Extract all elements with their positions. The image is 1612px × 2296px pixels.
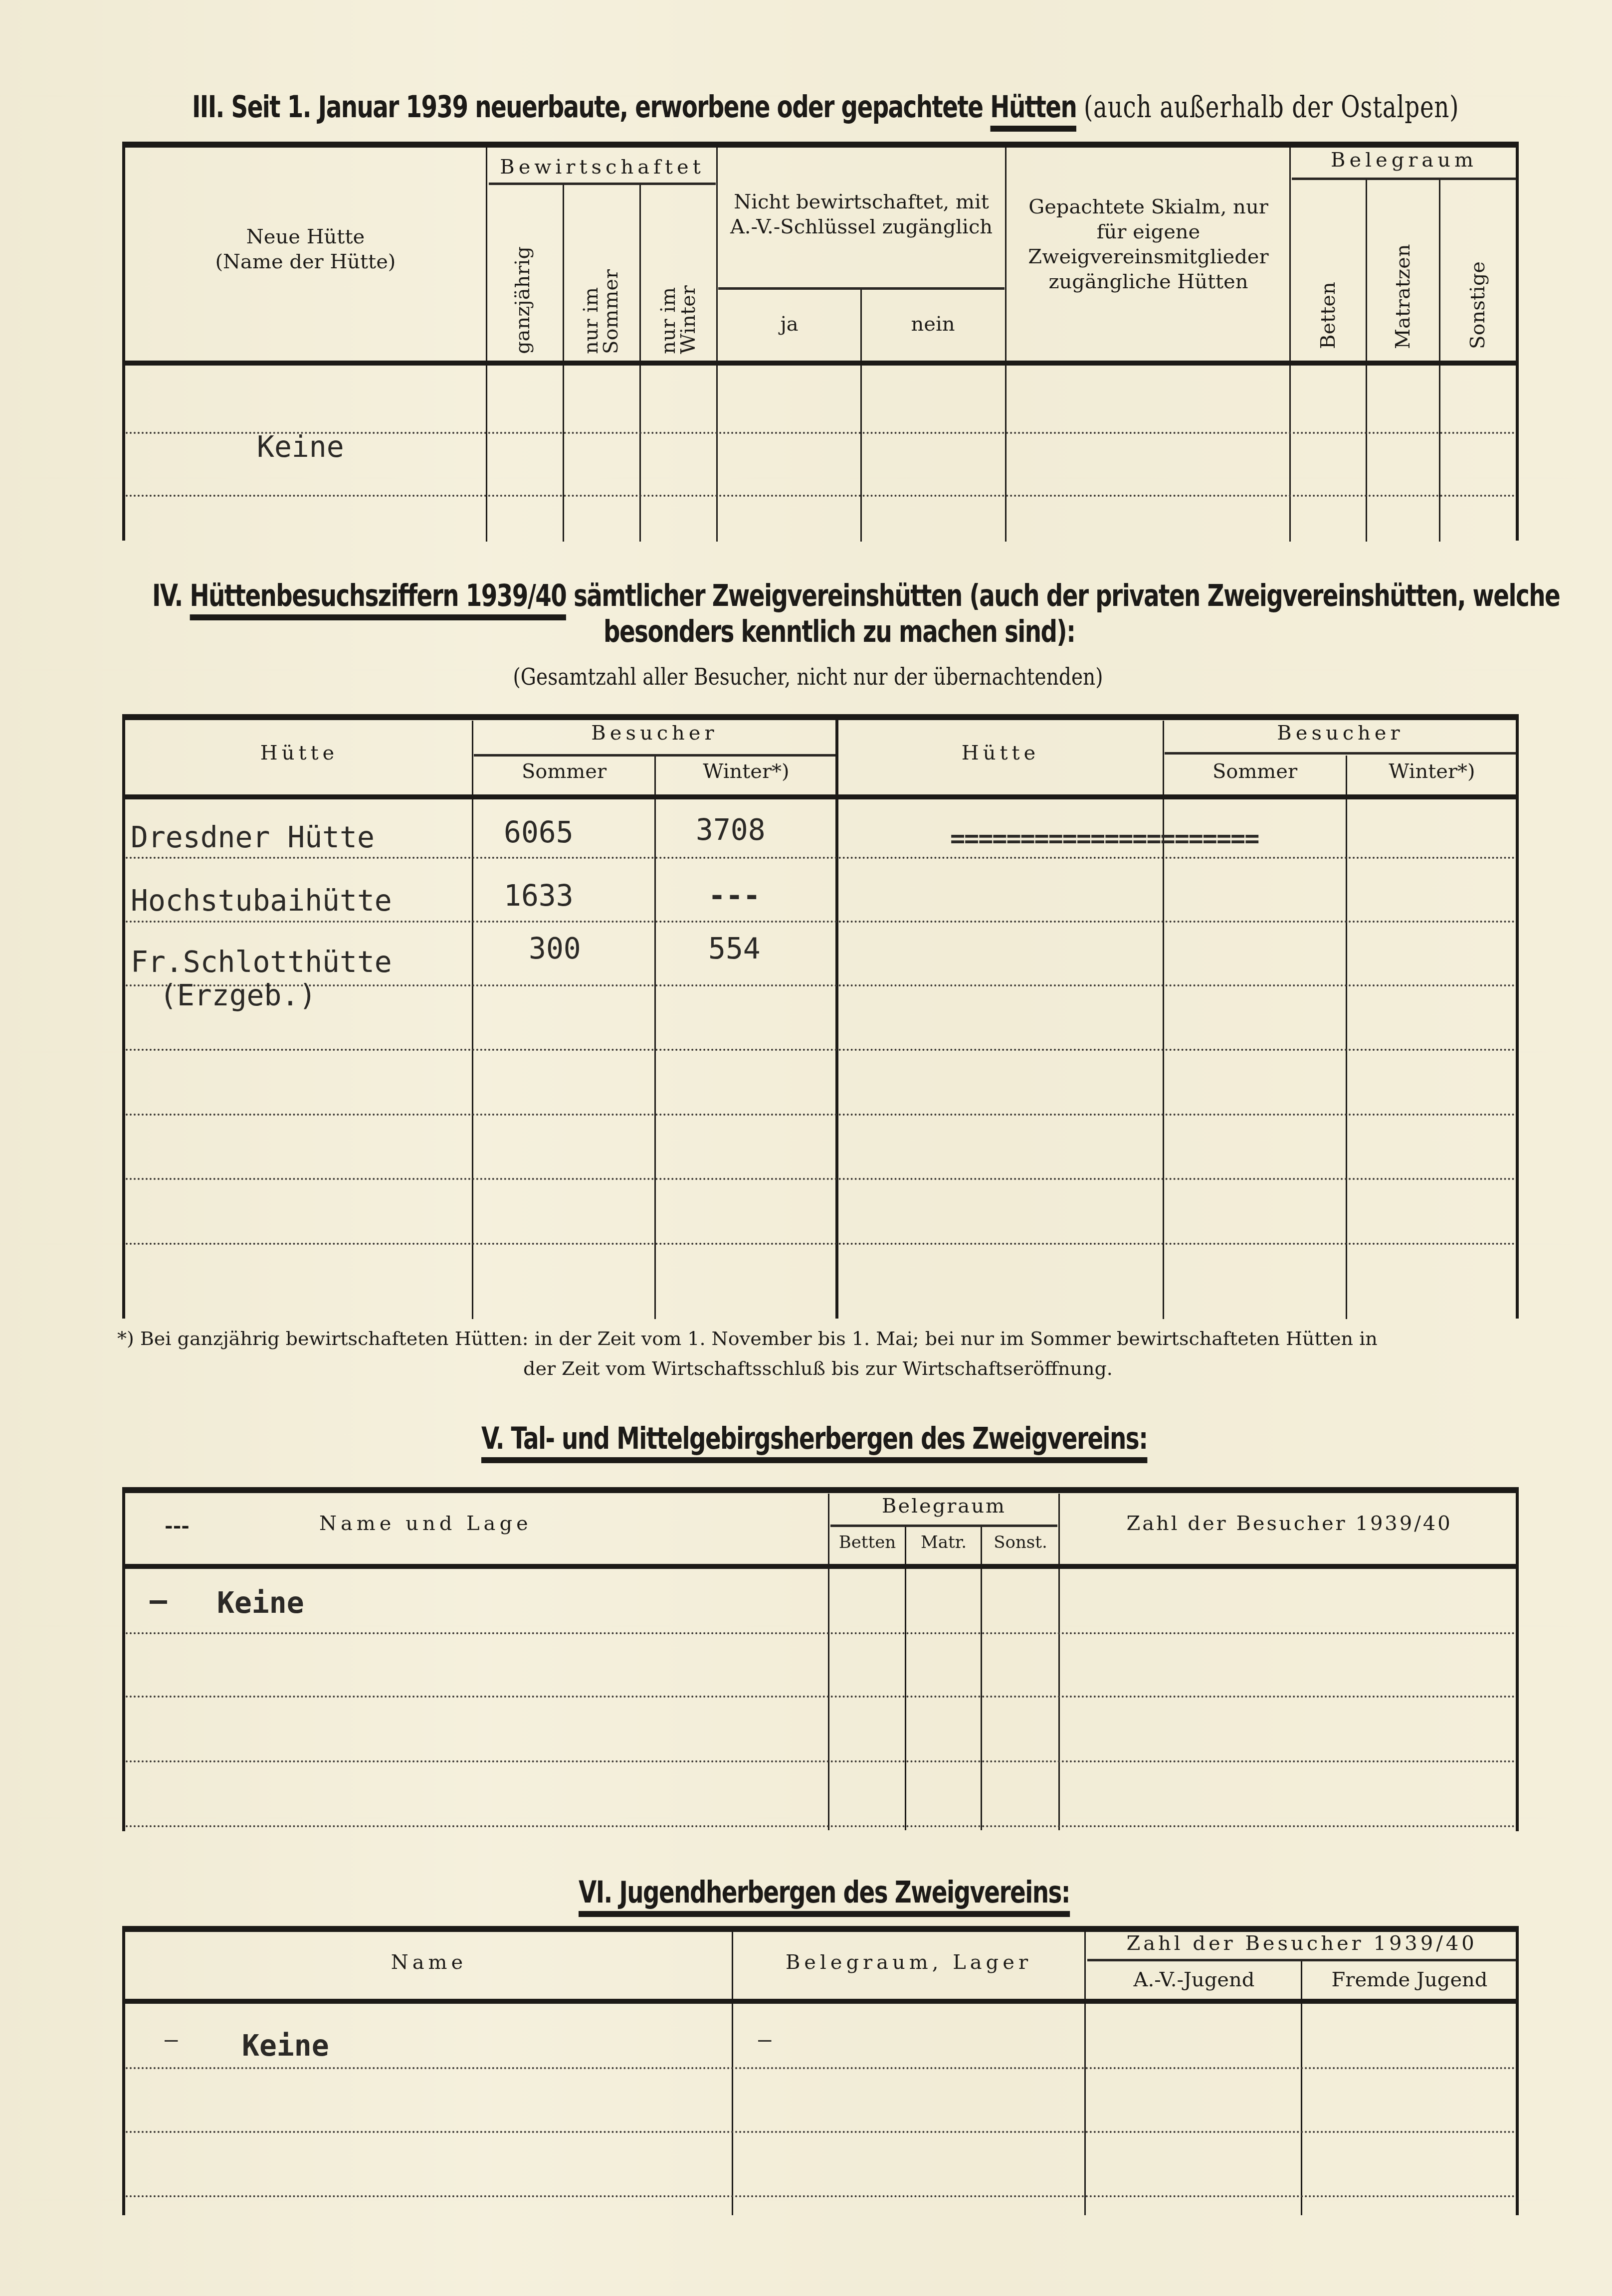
col-header-huette-right: Hütte — [839, 741, 1162, 765]
header-bottom-rule — [122, 361, 1519, 366]
group-rule — [1292, 178, 1516, 180]
footnote-line1: *) Bei ganzjährig bewirtschafteten Hütte… — [117, 1328, 1519, 1349]
header-bottom-rule — [122, 1999, 1519, 2004]
header-text: Zweigvereinsmitglieder — [1007, 244, 1289, 269]
section-5-heading: V. Tal- und Mittelgebirgsherbergen des Z… — [481, 1421, 1147, 1456]
entry-keine: Keine — [217, 1586, 304, 1620]
header-text: A.-V.-Schlüssel zugänglich — [718, 214, 1005, 239]
col-header-name: Name — [127, 1950, 731, 1975]
entry-belegraum-dash: – — [758, 2027, 772, 2053]
group-rule — [1087, 1959, 1516, 1961]
visitors-winter: --- — [708, 879, 761, 913]
table-left-border — [122, 714, 125, 1319]
table-middle-border — [835, 718, 838, 1319]
row-separator — [126, 1049, 1516, 1051]
hut-name: Dresdner Hütte — [131, 820, 375, 854]
row-separator — [126, 1696, 1516, 1698]
col-header-sommer-left: Sommer — [474, 759, 654, 784]
header-text: (Name der Hütte) — [127, 249, 484, 274]
col-divider — [905, 1526, 906, 1830]
col-divider — [981, 1526, 982, 1830]
table-left-border — [122, 1926, 125, 2215]
right-column-strikeout: ====================== — [950, 824, 1258, 853]
row-separator — [126, 495, 1516, 497]
col-divider — [1346, 756, 1347, 1319]
col-header-nur-winter: nur im Winter — [658, 224, 698, 354]
row-separator — [126, 1243, 1516, 1245]
group-rule — [474, 754, 835, 757]
col-header-besucher: Zahl der Besucher 1939/40 — [1062, 1511, 1516, 1536]
entry-keine: Keine — [257, 430, 344, 464]
group-header-belegraum: Belegraum — [830, 1494, 1057, 1519]
section-number: IV. — [152, 578, 183, 613]
section-title: sämtlicher Zweigvereinshütten (auch der … — [574, 578, 1560, 613]
hut-name-line2: (Erzgeb.) — [160, 978, 316, 1012]
table-left-border — [122, 142, 125, 541]
col-divider — [1301, 1961, 1302, 2215]
group-header-belegraum: Belegraum — [1292, 148, 1516, 173]
section-3-heading: III. Seit 1. Januar 1939 neuerbaute, erw… — [192, 90, 1459, 125]
col-header-winter-left: Winter*) — [656, 759, 836, 784]
col-divider — [732, 1931, 733, 2215]
col-divider — [486, 148, 487, 542]
visitors-winter: 3708 — [696, 813, 766, 847]
col-header-huette-left: Hütte — [127, 741, 471, 765]
col-divider — [1084, 1931, 1086, 2215]
footnote-line2: der Zeit vom Wirtschaftsschluß bis zur W… — [117, 1357, 1519, 1379]
entry-dash: – — [150, 1583, 167, 1617]
row-separator — [126, 984, 1516, 986]
group-header-bewirtschaftet: Bewirtschaftet — [489, 155, 716, 180]
section-title-underlined: Hütten — [990, 90, 1076, 132]
col-header-matr: Matr. — [907, 1532, 981, 1553]
header-bottom-rule — [122, 1564, 1519, 1569]
col-header-sonst: Sonst. — [983, 1532, 1058, 1553]
col-header-ja: ja — [718, 312, 860, 337]
group-header-besucher-right: Besucher — [1165, 721, 1516, 746]
col-divider — [639, 185, 641, 542]
table-right-border — [1516, 142, 1519, 541]
table-right-border — [1516, 714, 1519, 1319]
hut-name: Fr.Schlotthütte — [131, 945, 392, 979]
header-text: für eigene — [1007, 219, 1289, 244]
col-divider — [654, 756, 656, 1319]
section-4-subtitle: (Gesamtzahl aller Besucher, nicht nur de… — [426, 663, 1190, 690]
visitors-winter: 554 — [708, 932, 761, 965]
col-divider — [1439, 180, 1440, 542]
row-separator — [126, 857, 1516, 859]
col-header-betten: Betten — [830, 1532, 905, 1553]
col-header-sonstige: Sonstige — [1466, 261, 1489, 349]
col-header-fremde-jugend: Fremde Jugend — [1303, 1967, 1516, 1992]
section-6-heading: VI. Jugendherbergen des Zweigvereins: — [579, 1875, 1070, 1910]
row-separator — [126, 1632, 1516, 1634]
visitors-summer: 6065 — [504, 815, 574, 849]
row-separator — [126, 2195, 1516, 2197]
col-divider — [1005, 148, 1007, 542]
section-title: Seit 1. Januar 1939 neuerbaute, erworben… — [231, 90, 983, 125]
col-header-av-jugend: A.-V.-Jugend — [1087, 1967, 1301, 1992]
col-header-nein: nein — [862, 312, 1004, 337]
section-title: V. Tal- und Mittelgebirgsherbergen des Z… — [481, 1421, 1147, 1463]
col-divider — [1366, 180, 1367, 542]
section-title-underlined: Hüttenbesuchsziffern 1939/40 — [190, 578, 566, 620]
hut-name: Hochstubaihütte — [131, 884, 392, 918]
header-text: Gepachtete Skialm, nur — [1007, 194, 1289, 219]
header-dash-marker: --- — [127, 1514, 227, 1538]
col-divider — [1289, 148, 1291, 542]
header-text: Neue Hütte — [127, 224, 484, 249]
row-separator — [126, 1825, 1516, 1827]
col-header-new-hut: Neue Hütte (Name der Hütte) — [127, 224, 484, 274]
entry-dash: – — [165, 2027, 178, 2053]
col-header-matratzen: Matratzen — [1392, 244, 1414, 349]
col-header-nur-sommer: nur im Sommer — [581, 224, 621, 354]
section-4-heading: IV. Hüttenbesuchsziffern 1939/40 sämtlic… — [152, 578, 1560, 613]
col-header-sommer-right: Sommer — [1165, 759, 1345, 784]
col-header-skialm: Gepachtete Skialm, nur für eigene Zweigv… — [1007, 194, 1289, 294]
section-4-heading-line2: besonders kenntlich zu machen sind): — [604, 614, 1075, 649]
group-header-besucher-left: Besucher — [474, 721, 835, 746]
visitors-summer: 1633 — [504, 879, 574, 913]
visitors-summer: 300 — [529, 932, 581, 965]
col-header-name-lage: Name und Lage — [319, 1511, 618, 1536]
col-header-winter-right: Winter*) — [1348, 759, 1516, 784]
table-left-border — [122, 1487, 125, 1831]
row-separator — [126, 2131, 1516, 2133]
header-bottom-rule — [122, 794, 1519, 799]
col-divider — [1058, 1494, 1060, 1830]
section-title-suffix: (auch außerhalb der Ostalpen) — [1084, 90, 1459, 125]
table-top-rule — [122, 1487, 1519, 1493]
table-top-rule — [122, 714, 1519, 720]
group-rule — [718, 287, 1005, 290]
header-text: Nicht bewirtschaftet, mit — [718, 190, 1005, 214]
group-header-besucher: Zahl der Besucher 1939/40 — [1087, 1931, 1516, 1956]
group-rule — [1165, 752, 1516, 755]
table-top-rule — [122, 142, 1519, 148]
entry-keine: Keine — [242, 2029, 329, 2063]
col-header-betten: Betten — [1317, 282, 1340, 349]
col-divider — [716, 148, 718, 542]
row-separator — [126, 1178, 1516, 1180]
row-separator — [126, 2067, 1516, 2069]
group-rule — [489, 183, 716, 185]
group-rule — [830, 1525, 1057, 1527]
col-divider — [472, 721, 473, 1319]
col-header-ganzjaehrig: ganzjährig — [511, 246, 534, 354]
row-separator — [126, 1760, 1516, 1762]
section-number: III. — [192, 90, 224, 125]
col-divider — [1163, 721, 1164, 1319]
col-divider — [828, 1494, 829, 1830]
col-divider — [563, 185, 564, 542]
group-header-nicht-bewirtschaftet: Nicht bewirtschaftet, mit A.-V.-Schlüsse… — [718, 190, 1005, 239]
header-text: zugängliche Hütten — [1007, 269, 1289, 294]
row-separator — [126, 1114, 1516, 1116]
section-title: VI. Jugendherbergen des Zweigvereins: — [579, 1875, 1070, 1917]
col-header-belegraum-lager: Belegraum, Lager — [734, 1950, 1083, 1975]
row-separator — [126, 921, 1516, 923]
table-right-border — [1516, 1487, 1519, 1831]
